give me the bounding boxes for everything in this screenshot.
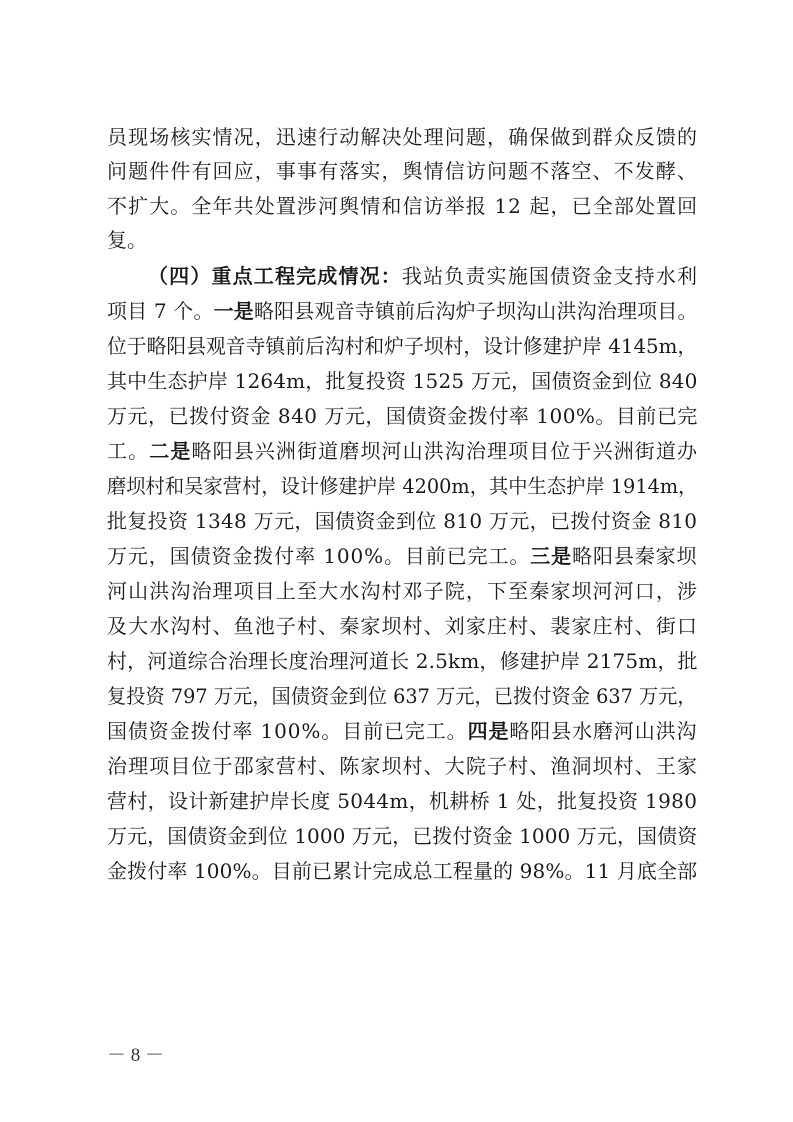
text-line: 问题件件有回应，事事有落实，舆情信访问题不落空、不发酵、 bbox=[107, 154, 697, 188]
document-page: 员现场核实情况，迅速行动解决处理问题，确保做到群众反馈的问题件件有回应，事事有落… bbox=[0, 0, 793, 1122]
text-line: 万元，国债资金拨付率 100%。目前已完工。三是略阳县秦家坝 bbox=[107, 539, 697, 573]
text-run: 金拨付率 100%。目前已累计完成总工程量的 98%。11 月底全部 bbox=[107, 859, 697, 883]
text-line: 位于略阳县观音寺镇前后沟村和炉子坝村，设计修建护岸 4145m， bbox=[107, 329, 697, 363]
text-run: 批复投资 1348 万元，国债资金到位 810 万元，已拨付资金 810 bbox=[107, 509, 697, 533]
text-run: 及大水沟村、鱼池子村、秦家坝村、刘家庄村、裴家庄村、街口 bbox=[107, 614, 698, 638]
text-line: 国债资金拨付率 100%。目前已完工。四是略阳县水磨河山洪沟 bbox=[107, 714, 697, 748]
text-run: 万元，已拨付资金 840 万元，国债资金拨付率 100%。目前已完 bbox=[107, 404, 698, 428]
text-line: 及大水沟村、鱼池子村、秦家坝村、刘家庄村、裴家庄村、街口 bbox=[107, 609, 697, 643]
text-line: 不扩大。全年共处置涉河舆情和信访举报 12 起，已全部处置回 bbox=[107, 189, 697, 223]
text-run: 位于略阳县观音寺镇前后沟村和炉子坝村，设计修建护岸 4145m， bbox=[107, 334, 697, 358]
text-line: 复投资 797 万元，国债资金到位 637 万元，已拨付资金 637 万元， bbox=[107, 679, 697, 713]
text-run: 工。 bbox=[107, 439, 149, 463]
text-run: 国债资金拨付率 100%。目前已完工。 bbox=[107, 719, 468, 743]
text-run: 万元，国债资金到位 1000 万元，已拨付资金 1000 万元，国债资 bbox=[107, 824, 697, 848]
text-run: 我站负责实施国债资金支持水利 bbox=[402, 264, 698, 288]
text-line: 复。 bbox=[107, 223, 697, 257]
text-line: 治理项目位于邵家营村、陈家坝村、大院子村、渔洞坝村、王家 bbox=[107, 749, 697, 783]
text-line: 万元，已拨付资金 840 万元，国债资金拨付率 100%。目前已完 bbox=[107, 399, 697, 433]
page-number: － 8 － bbox=[107, 1040, 164, 1067]
text-line: 河山洪沟治理项目上至大水沟村邓子院，下至秦家坝河河口，涉 bbox=[107, 574, 697, 608]
text-line: 营村，设计新建护岸长度 5044m，机耕桥 1 处，批复投资 1980 bbox=[107, 784, 697, 818]
bold-heading-run: 三是 bbox=[530, 544, 572, 568]
text-run: 营村，设计新建护岸长度 5044m，机耕桥 1 处，批复投资 1980 bbox=[107, 789, 697, 813]
text-line: （四）重点工程完成情况：我站负责实施国债资金支持水利 bbox=[148, 259, 697, 293]
text-run: 河山洪沟治理项目上至大水沟村邓子院，下至秦家坝河河口，涉 bbox=[107, 579, 698, 603]
text-run: 员现场核实情况，迅速行动解决处理问题，确保做到群众反馈的 bbox=[107, 125, 698, 149]
text-line: 磨坝村和吴家营村，设计修建护岸 4200m，其中生态护岸 1914m， bbox=[107, 469, 697, 503]
text-run: 其中生态护岸 1264m，批复投资 1525 万元，国债资金到位 840 bbox=[107, 369, 698, 393]
bold-heading-run: （四）重点工程完成情况： bbox=[148, 264, 402, 288]
text-line: 其中生态护岸 1264m，批复投资 1525 万元，国债资金到位 840 bbox=[107, 364, 697, 398]
text-line: 批复投资 1348 万元，国债资金到位 810 万元，已拨付资金 810 bbox=[107, 504, 697, 538]
text-run: 略阳县兴洲街道磨坝河山洪沟治理项目位于兴洲街道办 bbox=[191, 439, 698, 463]
text-run: 不扩大。全年共处置涉河舆情和信访举报 12 起，已全部处置回 bbox=[107, 194, 698, 218]
text-line: 员现场核实情况，迅速行动解决处理问题，确保做到群众反馈的 bbox=[107, 120, 697, 154]
text-run: 村，河道综合治理长度治理河道长 2.5km，修建护岸 2175m，批 bbox=[107, 649, 698, 673]
text-line: 万元，国债资金到位 1000 万元，已拨付资金 1000 万元，国债资 bbox=[107, 819, 697, 853]
text-run: 项目 7 个。 bbox=[107, 299, 214, 323]
text-line: 项目 7 个。一是略阳县观音寺镇前后沟炉子坝沟山洪沟治理项目。 bbox=[107, 294, 697, 328]
text-run: 略阳县水磨河山洪沟 bbox=[509, 719, 697, 743]
text-run: 略阳县观音寺镇前后沟炉子坝沟山洪沟治理项目。 bbox=[254, 299, 698, 323]
text-line: 工。二是略阳县兴洲街道磨坝河山洪沟治理项目位于兴洲街道办 bbox=[107, 434, 697, 468]
text-run: 复。 bbox=[107, 228, 147, 252]
text-run: 略阳县秦家坝 bbox=[572, 544, 697, 568]
bold-heading-run: 二是 bbox=[149, 439, 191, 463]
text-run: 复投资 797 万元，国债资金到位 637 万元，已拨付资金 637 万元， bbox=[107, 684, 697, 708]
text-run: 万元，国债资金拨付率 100%。目前已完工。 bbox=[107, 544, 530, 568]
text-run: 磨坝村和吴家营村，设计修建护岸 4200m，其中生态护岸 1914m， bbox=[107, 474, 697, 498]
text-line: 金拨付率 100%。目前已累计完成总工程量的 98%。11 月底全部 bbox=[107, 854, 697, 888]
bold-heading-run: 四是 bbox=[468, 719, 510, 743]
text-line: 村，河道综合治理长度治理河道长 2.5km，修建护岸 2175m，批 bbox=[107, 644, 697, 678]
bold-heading-run: 一是 bbox=[214, 299, 254, 323]
text-run: 治理项目位于邵家营村、陈家坝村、大院子村、渔洞坝村、王家 bbox=[107, 754, 698, 778]
text-run: 问题件件有回应，事事有落实，舆情信访问题不落空、不发酵、 bbox=[107, 159, 698, 183]
